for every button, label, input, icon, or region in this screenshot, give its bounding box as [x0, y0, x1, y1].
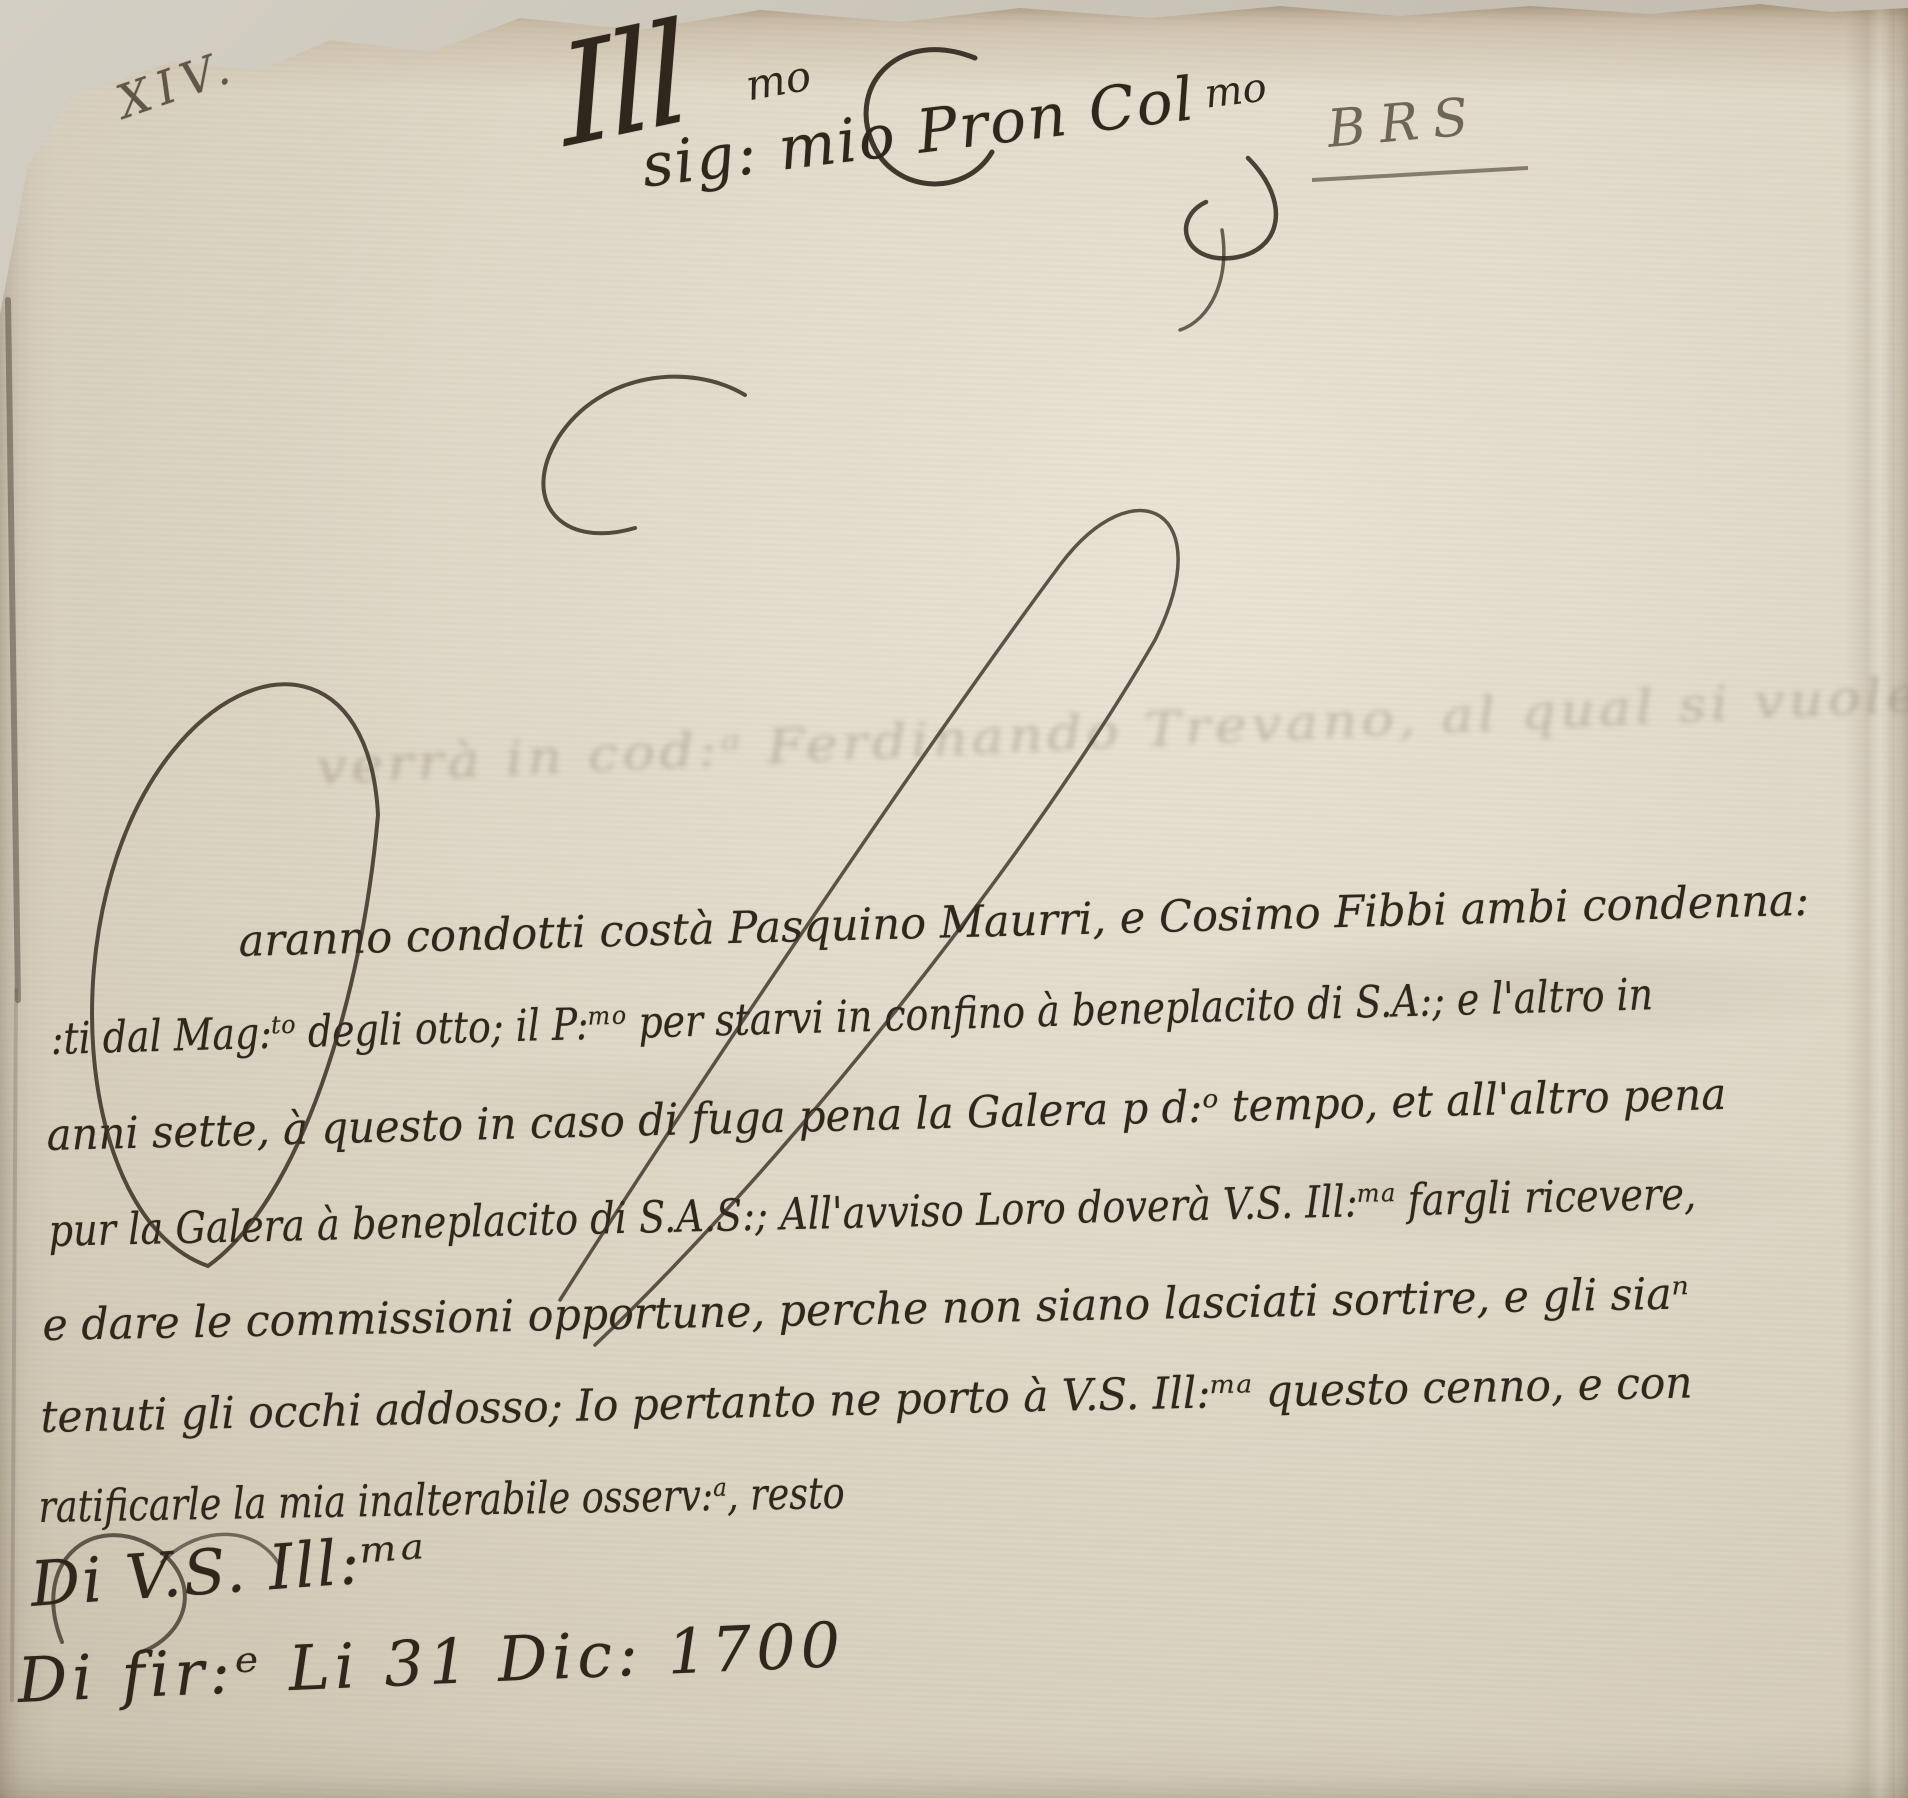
salutation-colmo-superscript: mo	[1202, 64, 1269, 117]
manuscript-photo: verrà in cod:ᵃ Ferdinando Trevano, al qu…	[0, 0, 1908, 1798]
